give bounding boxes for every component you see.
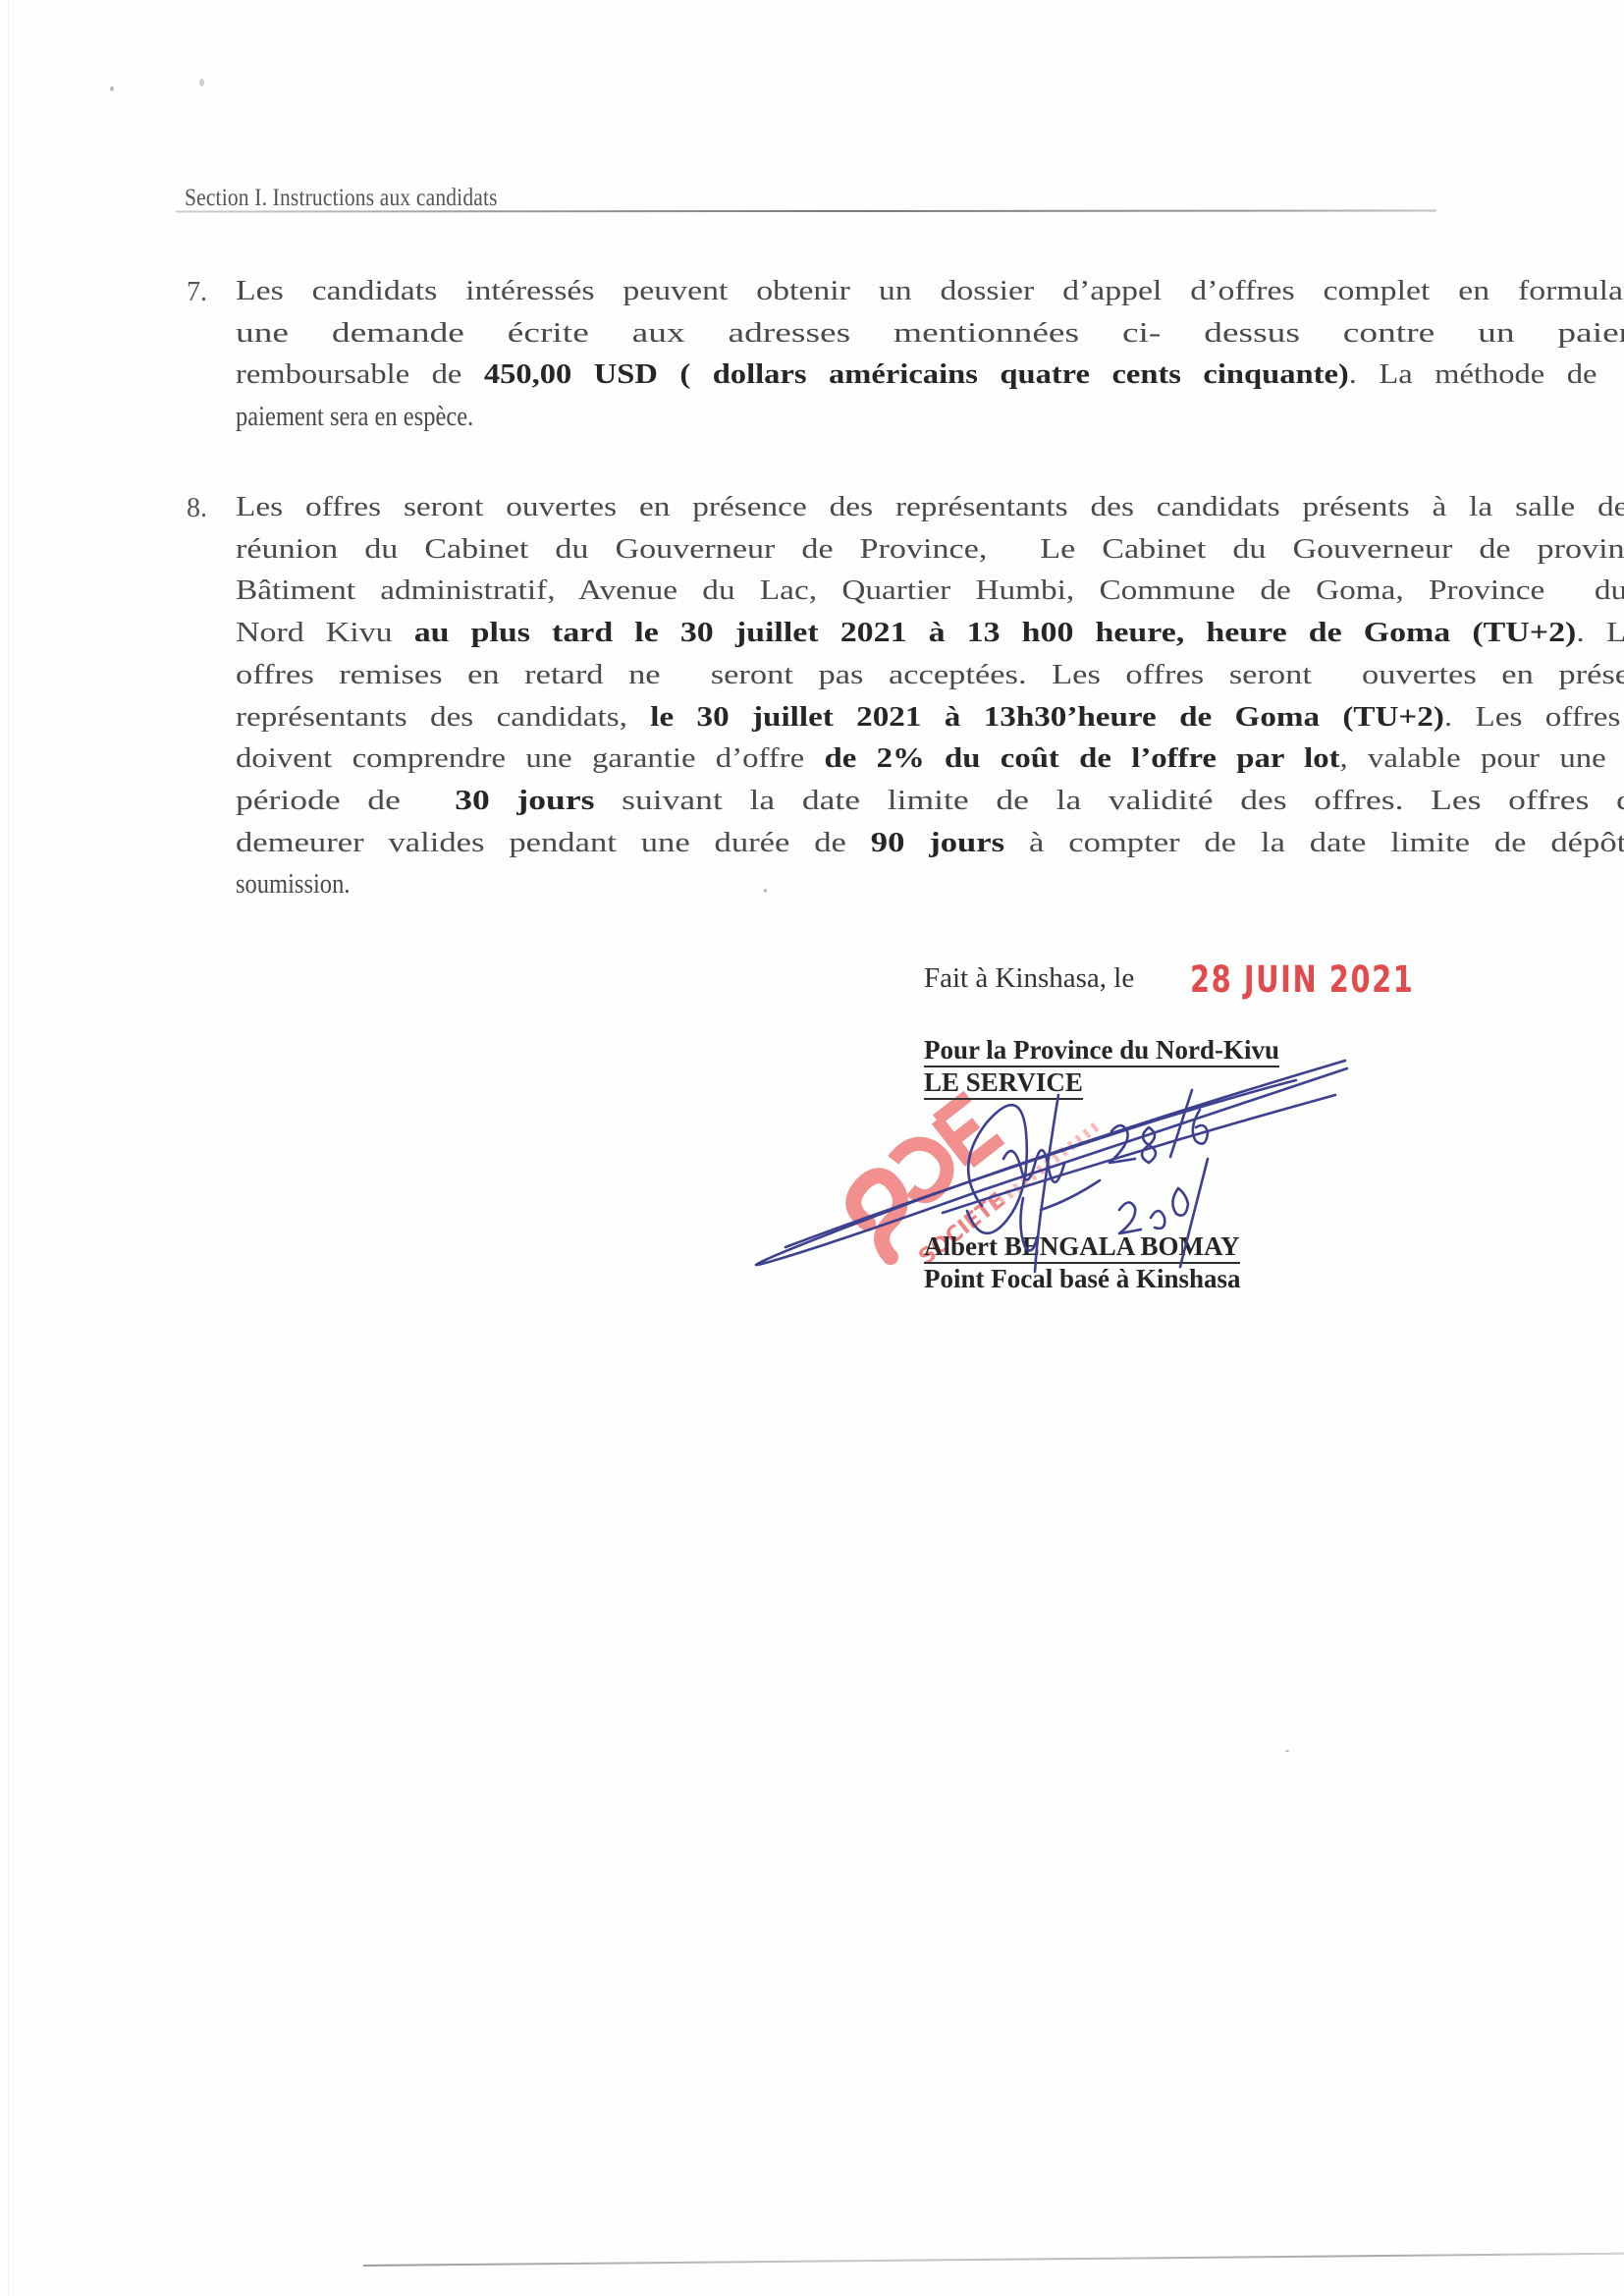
scan-edge bbox=[8, 0, 9, 2296]
bold-text: 30 jours bbox=[455, 786, 594, 816]
clause-line: Les candidats intéressés peuvent obtenir… bbox=[236, 271, 1624, 313]
text: . Les bbox=[1576, 618, 1624, 648]
bold-text: au plus tard le 30 juillet 2021 à 13 h00… bbox=[414, 618, 1577, 648]
text: offres remises en retard ne seront pas a… bbox=[236, 660, 1624, 690]
text: Bâtiment administratif, Avenue du Lac, Q… bbox=[236, 575, 1624, 606]
signature-place-line: Fait à Kinshasa, le bbox=[924, 962, 1134, 995]
bold-text: de 2% du coût de l’offre par lot bbox=[824, 743, 1339, 774]
clause-line: paiement sera en espèce. bbox=[236, 397, 1261, 439]
scan-edge-bottom bbox=[363, 2253, 1624, 2267]
text: , valable pour une bbox=[1340, 743, 1606, 774]
text: à compter de la date limite de dépôt de bbox=[1004, 828, 1624, 858]
clause-line: remboursable de 450,00 USD ( dollars amé… bbox=[236, 355, 1597, 397]
text: suivant la date limite de la validité de… bbox=[594, 786, 1624, 816]
clause-body: Les candidats intéressés peuvent obtenir… bbox=[236, 271, 1428, 439]
document-page: Section I. Instructions aux candidats 7.… bbox=[0, 0, 1624, 2296]
clause-line: Les offres seront ouvertes en présence d… bbox=[236, 487, 1624, 529]
scan-speck bbox=[110, 86, 114, 91]
clause-line: une demande écrite aux adresses mentionn… bbox=[236, 313, 1624, 355]
bold-text: 90 jours bbox=[871, 828, 1004, 858]
text: remboursable de bbox=[236, 359, 484, 390]
clause-line: réunion du Cabinet du Gouverneur de Prov… bbox=[236, 529, 1624, 572]
text: demeurer valides pendant une durée de bbox=[236, 828, 871, 858]
text: doivent comprendre une garantie d’offre bbox=[236, 743, 824, 774]
signatory-title: Point Focal basé à Kinshasa bbox=[924, 1264, 1241, 1294]
date-stamp: 28 JUIN 2021 bbox=[1190, 958, 1414, 1001]
scan-speck bbox=[1285, 1750, 1289, 1752]
signatory-name: Albert BENGALA BOMAY bbox=[924, 1231, 1240, 1262]
clause-body: Les offres seront ouvertes en présence d… bbox=[236, 487, 1428, 906]
text: Nord Kivu bbox=[236, 618, 414, 648]
text: période de bbox=[236, 786, 455, 816]
text: . La méthode de bbox=[1349, 359, 1597, 390]
clause-number: 7. bbox=[187, 271, 207, 313]
clause-line: Bâtiment administratif, Avenue du Lac, Q… bbox=[236, 571, 1624, 613]
header-rule bbox=[176, 209, 1436, 212]
clause-line: offres remises en retard ne seront pas a… bbox=[236, 655, 1624, 697]
text: paiement sera en espèce. bbox=[236, 402, 473, 432]
clause-line: période de 30 jours suivant la date limi… bbox=[236, 781, 1624, 823]
text: une demande écrite aux adresses mentionn… bbox=[236, 318, 1624, 349]
clause-line: doivent comprendre une garantie d’offre … bbox=[236, 738, 1606, 781]
clause-line: Nord Kivu au plus tard le 30 juillet 202… bbox=[236, 613, 1624, 655]
bold-text: 450,00 USD ( dollars américains quatre c… bbox=[484, 359, 1349, 390]
text: réunion du Cabinet du Gouverneur de Prov… bbox=[236, 534, 1624, 565]
text: représentants des candidats, bbox=[236, 702, 650, 733]
signatory-organization: Pour la Province du Nord-Kivu bbox=[924, 1035, 1279, 1066]
bold-text: le 30 juillet 2021 à 13h30’heure de Goma… bbox=[650, 702, 1444, 733]
clause-number: 8. bbox=[187, 487, 207, 529]
text: Les offres seront ouvertes en présence d… bbox=[236, 492, 1624, 522]
scan-speck bbox=[199, 79, 204, 86]
text: Les candidats intéressés peuvent obtenir… bbox=[236, 276, 1624, 306]
clause-line: demeurer valides pendant une durée de 90… bbox=[236, 823, 1624, 865]
text: . Les offres bbox=[1444, 702, 1620, 733]
text: soumission. bbox=[236, 869, 350, 900]
signatory-service: LE SERVICE bbox=[924, 1067, 1083, 1098]
running-header: Section I. Instructions aux candidats bbox=[185, 185, 498, 212]
clause-line: soumission. bbox=[236, 864, 1261, 906]
clause-line: représentants des candidats, le 30 juill… bbox=[236, 697, 1620, 739]
